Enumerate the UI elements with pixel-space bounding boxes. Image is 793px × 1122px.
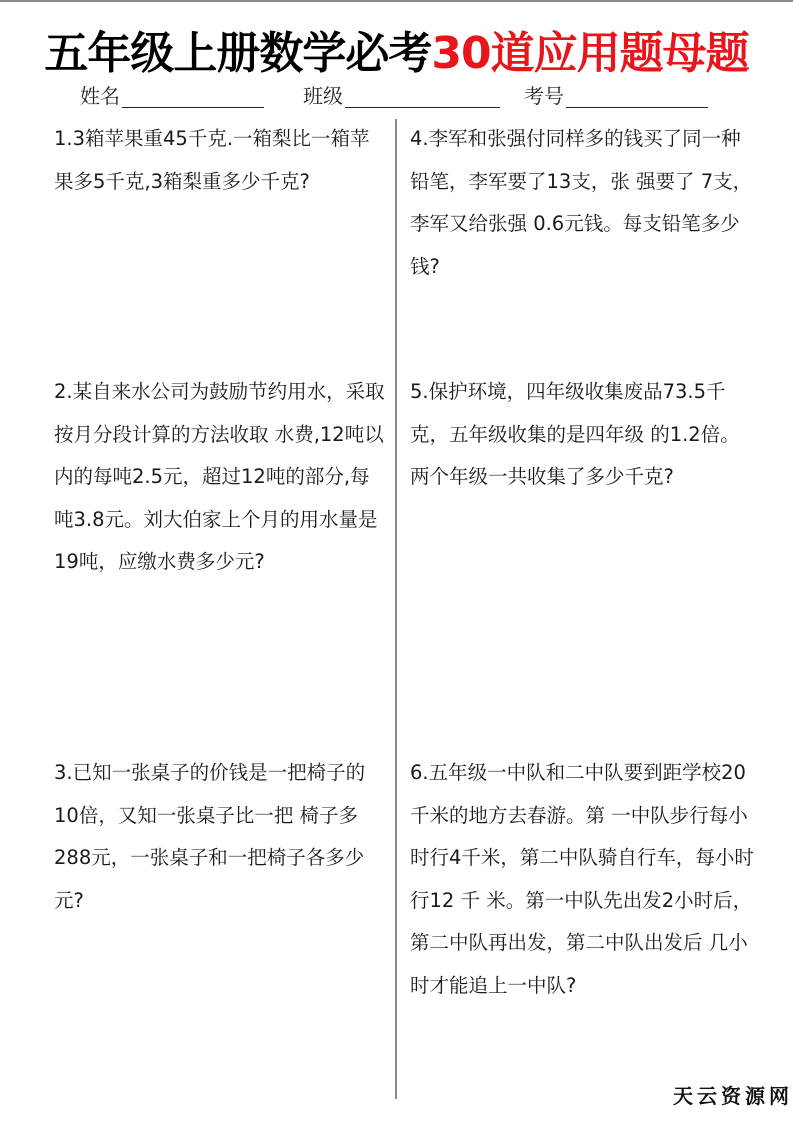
- class-field[interactable]: 班级: [303, 84, 500, 108]
- top-border: [0, 0, 793, 2]
- problem-4: 4.李军和张强付同样多的钱买了同一种铅笔，李军要了13支，张 强要了 7支，李军…: [410, 118, 755, 288]
- name-field[interactable]: 姓名: [80, 84, 264, 108]
- student-info-row: 姓名 班级 考号: [0, 84, 793, 112]
- exam-number-blank[interactable]: [566, 87, 708, 108]
- watermark: 天云资源网: [673, 1080, 793, 1109]
- column-divider: [395, 119, 397, 1099]
- problem-5: 5.保护环境，四年级收集废品73.5千克，五年级收集的是四年级 的1.2倍。两个…: [410, 371, 755, 499]
- class-label: 班级: [303, 84, 343, 108]
- class-blank[interactable]: [345, 87, 500, 108]
- problem-2: 2.某自来水公司为鼓励节约用水，采取按月分段计算的方法收取 水费,12吨以内的每…: [54, 371, 386, 584]
- title-main: 五年级上册数学必考: [44, 28, 431, 79]
- exam-number-label: 考号: [524, 84, 564, 108]
- problem-6: 6.五年级一中队和二中队要到距学校20 千米的地方去春游。第 一中队步行每小时行…: [410, 752, 755, 1007]
- problem-3: 3.已知一张桌子的价钱是一把椅子的10倍，又知一张桌子比一把 椅子多288元，一…: [54, 752, 386, 922]
- name-blank[interactable]: [122, 87, 264, 108]
- page-title: 五年级上册数学必考30道应用题母题: [0, 28, 793, 80]
- title-highlight: 30道应用题母题: [431, 28, 748, 79]
- name-label: 姓名: [80, 84, 120, 108]
- exam-number-field[interactable]: 考号: [524, 84, 708, 108]
- problem-1: 1.3箱苹果重45千克.一箱梨比一箱苹果多5千克,3箱梨重多少千克?: [54, 118, 386, 203]
